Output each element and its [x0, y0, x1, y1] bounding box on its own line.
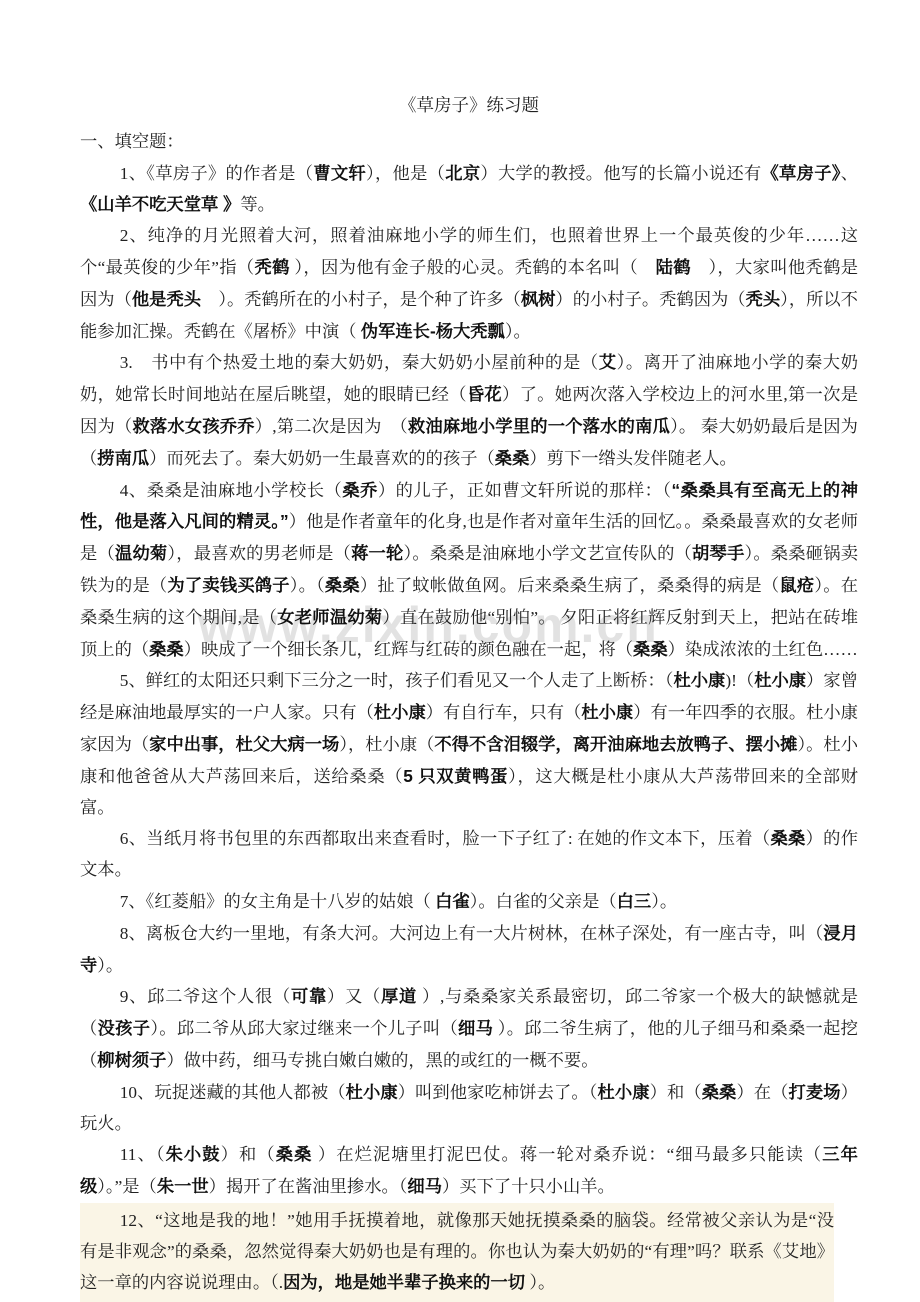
question-text: 6、当纸月将书包里的东西都取出来查看时，脸一下子红了: 在她的作文本下，压着（ — [120, 829, 771, 848]
question-text: ）。秃鹤所在的小村子，是个种了许多（ — [201, 290, 521, 309]
answer-text: 柳树须子 — [97, 1050, 166, 1070]
question-text: ）。（ — [290, 576, 325, 595]
question-text: ）有自行车，只有（ — [426, 703, 582, 722]
question-text: ）。白雀的父亲是（ — [470, 892, 617, 911]
answer-text: 桑桑 — [149, 639, 184, 659]
answer-text: 家中出事，杜父大病一场 — [149, 734, 339, 754]
question-text: ）又（ — [327, 987, 381, 1006]
answer-text: 秃鹤 — [255, 257, 290, 277]
answer-text: 艾 — [599, 352, 617, 372]
question-text: 8、离板仓大约一里地，有条大河。大河边上有一大片树林，在林子深处，有一座古寺，叫… — [120, 924, 824, 943]
question-paragraph-3: 3. 书中有个热爱土地的秦大奶奶，秦大奶奶小屋前种的是（艾）。离开了油麻地小学的… — [80, 347, 858, 474]
question-paragraph-9: 9、邱二爷这个人很（可靠）又（厚道 ）,与桑桑家关系最密切，邱二爷家一个极大的缺… — [80, 981, 858, 1076]
question-paragraph-7: 7、《红菱船》的女主角是十八岁的姑娘（ 白雀）。白雀的父亲是（白三）。 — [80, 886, 858, 918]
answer-text: 朱一世 — [157, 1176, 209, 1196]
question-text: 、 — [841, 164, 858, 183]
question-text: ）染成浓浓的土红色…… — [668, 640, 858, 659]
question-text: 10、玩捉迷藏的其他人都被（ — [120, 1083, 346, 1102]
document-content: 《草房子》练习题 一、填空题： 1、《草房子》的作者是（曹文轩），他是（北京）大… — [80, 90, 858, 1302]
question-text: ）做中药，细马专挑白嫩白嫩的，黑的或红的一概不要。 — [166, 1051, 598, 1070]
question-text: 11、（ — [120, 1145, 166, 1164]
question-paragraph-2: 2、纯净的月光照着大河，照着油麻地小学的师生们，也照着世界上一个最英俊的少年……… — [80, 221, 858, 347]
answer-text: 杜小康 — [597, 1082, 649, 1102]
answer-text: 为了卖钱买鸽子 — [167, 575, 289, 595]
question-text: ），他是（ — [366, 164, 445, 183]
answer-text: 桑桑 — [633, 639, 668, 659]
answer-text: 5 只双黄鸭蛋 — [403, 766, 508, 786]
question-paragraph-6: 6、当纸月将书包里的东西都取出来查看时，脸一下子红了: 在她的作文本下，压着（桑… — [80, 823, 858, 886]
question-text: )!（ — [725, 671, 754, 690]
question-text: ）。”是（ — [97, 1177, 157, 1196]
question-text: ）叫到他家吃柿饼去了。（ — [398, 1083, 598, 1102]
section-heading: 一、填空题： — [80, 127, 858, 158]
answer-text: 《山羊不吃天堂草 》 — [80, 194, 240, 214]
questions: 1、《草房子》的作者是（曹文轩），他是（北京）大学的教授。他写的长篇小说还有《草… — [80, 158, 858, 1302]
question-text: ）,第二次是因为 （ — [255, 417, 408, 436]
question-text: ）剪下一绺头发伴随老人。 — [529, 449, 736, 468]
question-text: 等。 — [240, 195, 275, 214]
question-paragraph-11: 11、（朱小鼓）和（桑桑 ）在烂泥塘里打泥巴仗。蒋一轮对桑乔说：“细马最多只能读… — [80, 1139, 858, 1203]
answer-text: 桑桑 — [702, 1082, 737, 1102]
answer-text: 白雀 — [435, 891, 470, 911]
question-text: ）在（ — [736, 1083, 788, 1102]
question-text: ）。 — [651, 892, 677, 911]
answer-text: 《草房子》 — [761, 163, 840, 183]
question-text: ）映成了一个细长条儿，红辉与红砖的颜色融在一起，将（ — [184, 640, 633, 659]
question-paragraph-5: 5、鲜红的太阳还只剩下三分之一时，孩子们看见又一个人走了上断桥：（杜小康)!（杜… — [80, 665, 858, 823]
answer-text: 陆鹤 — [656, 257, 691, 277]
question-text: ）和（ — [221, 1145, 276, 1164]
answer-text: 秃头 — [746, 289, 781, 309]
answer-text: 桑桑 — [276, 1144, 313, 1164]
question-text: ）。 — [97, 956, 123, 975]
answer-text: 女老师温幼菊 — [277, 607, 382, 627]
answer-text: 杜小康 — [581, 702, 633, 722]
answer-text: 胡琴手 — [692, 543, 744, 563]
answer-text: 朱小鼓 — [166, 1144, 221, 1164]
question-paragraph-4: 4、桑桑是油麻地小学校长（桑乔）的儿子，正如曹文轩所说的那样：（“桑桑具有至高无… — [80, 475, 858, 666]
answer-text: 打麦场 — [789, 1082, 841, 1102]
document-page: www.zixin.com.cn 《草房子》练习题 一、填空题： 1、《草房子》… — [0, 0, 920, 1302]
answer-text: 枫树 — [521, 289, 556, 309]
answer-text: 厚道 — [381, 986, 417, 1006]
question-text: ），杜小康（ — [339, 735, 434, 754]
question-paragraph-8: 8、离板仓大约一里地，有条大河。大河边上有一大片树林，在林子深处，有一座古寺，叫… — [80, 918, 858, 982]
question-text: 9、邱二爷这个人很（ — [120, 987, 291, 1006]
answer-text: 曹文轩 — [313, 163, 366, 183]
question-paragraph-1: 1、《草房子》的作者是（曹文轩），他是（北京）大学的教授。他写的长篇小说还有《草… — [80, 158, 858, 222]
question-text: 5、鲜红的太阳还只剩下三分之一时，孩子们看见又一个人走了上断桥：（ — [120, 671, 674, 690]
question-text: ），因为他有金子般的心灵。秃鹤的本名叫（ — [290, 258, 656, 277]
answer-text: 杜小康 — [754, 670, 806, 690]
question-text: 3. 书中有个热爱土地的秦大奶奶，秦大奶奶小屋前种的是（ — [120, 353, 599, 372]
answer-text: 桑桑 — [495, 448, 530, 468]
answer-text: 桑桑 — [770, 828, 805, 848]
answer-text: 伪军连长-杨大秃瓢 — [361, 321, 505, 341]
answer-text: 不得不含泪辍学，离开油麻地去放鸭子、摆小摊 — [434, 734, 797, 754]
question-text: ）大学的教授。他写的长篇小说还有 — [480, 164, 761, 183]
answer-text: 桑乔 — [342, 480, 378, 500]
question-text: ）。 — [525, 1273, 555, 1292]
answer-text: 可靠 — [291, 986, 327, 1006]
question-text: ）买下了十只小山羊。 — [442, 1177, 615, 1196]
answer-text: 温幼菊 — [115, 543, 167, 563]
question-paragraph-12: 12、“这地是我的地！”她用手抚摸着地，就像那天她抚摸桑桑的脑袋。经常被父亲认为… — [80, 1203, 834, 1302]
question-text: ）。桑桑是油麻地小学文艺宣传队的（ — [404, 544, 693, 563]
answer-text: 因为，地是她半辈子换来的一切 — [283, 1272, 525, 1292]
question-text: ）而死去了。秦大奶奶一生最喜欢的的孩子（ — [149, 449, 495, 468]
question-text: ）的儿子，正如曹文轩所说的那样：（ — [378, 481, 672, 500]
answer-text: 昏花 — [467, 384, 502, 404]
answer-text: 没孩子 — [98, 1018, 151, 1038]
answer-text: 细马 — [407, 1176, 442, 1196]
answer-text: 桑桑 — [325, 575, 360, 595]
answer-text: 白三 — [617, 891, 652, 911]
question-text: ）。邱二爷从邱大家过继来一个儿子叫（ — [150, 1019, 458, 1038]
answer-text: 杜小康 — [673, 670, 725, 690]
question-paragraph-10: 10、玩捉迷藏的其他人都被（杜小康）叫到他家吃柿饼去了。（杜小康）和（桑桑）在（… — [80, 1077, 858, 1140]
question-text: ）和（ — [650, 1083, 702, 1102]
answer-text: 细马 — [458, 1018, 493, 1038]
answer-text: 救落水女孩乔乔 — [132, 416, 254, 436]
answer-text: 杜小康 — [346, 1082, 398, 1102]
answer-text: 北京 — [445, 163, 480, 183]
answer-text: 鼠疮 — [779, 575, 814, 595]
question-text: ）扯了蚊帐做鱼网。后来桑桑生病了，桑桑得的病是（ — [360, 576, 780, 595]
question-text: 4、桑桑是油麻地小学校长（ — [120, 481, 343, 500]
question-text: 1、《草房子》的作者是（ — [120, 164, 314, 183]
question-text: 7、《红菱船》的女主角是十八岁的姑娘（ — [120, 892, 435, 911]
answer-text: 救油麻地小学里的一个落水的南瓜 — [408, 416, 670, 436]
page-title: 《草房子》练习题 — [80, 90, 858, 121]
question-text: ）在烂泥塘里打泥巴仗。蒋一轮对桑乔说：“细马最多只能读（ — [312, 1145, 822, 1164]
question-text: ）。 — [505, 322, 531, 341]
question-text: ）揭开了在酱油里掺水。（ — [209, 1177, 408, 1196]
question-text: ），最喜欢的男老师是（ — [167, 544, 351, 563]
answer-text: 杜小康 — [374, 702, 426, 722]
question-text: ）的小村子。秃鹤因为（ — [555, 290, 745, 309]
answer-text: 捞南瓜 — [97, 448, 149, 468]
answer-text: 他是秃头 — [132, 289, 201, 309]
answer-text: 蒋一轮 — [351, 543, 403, 563]
